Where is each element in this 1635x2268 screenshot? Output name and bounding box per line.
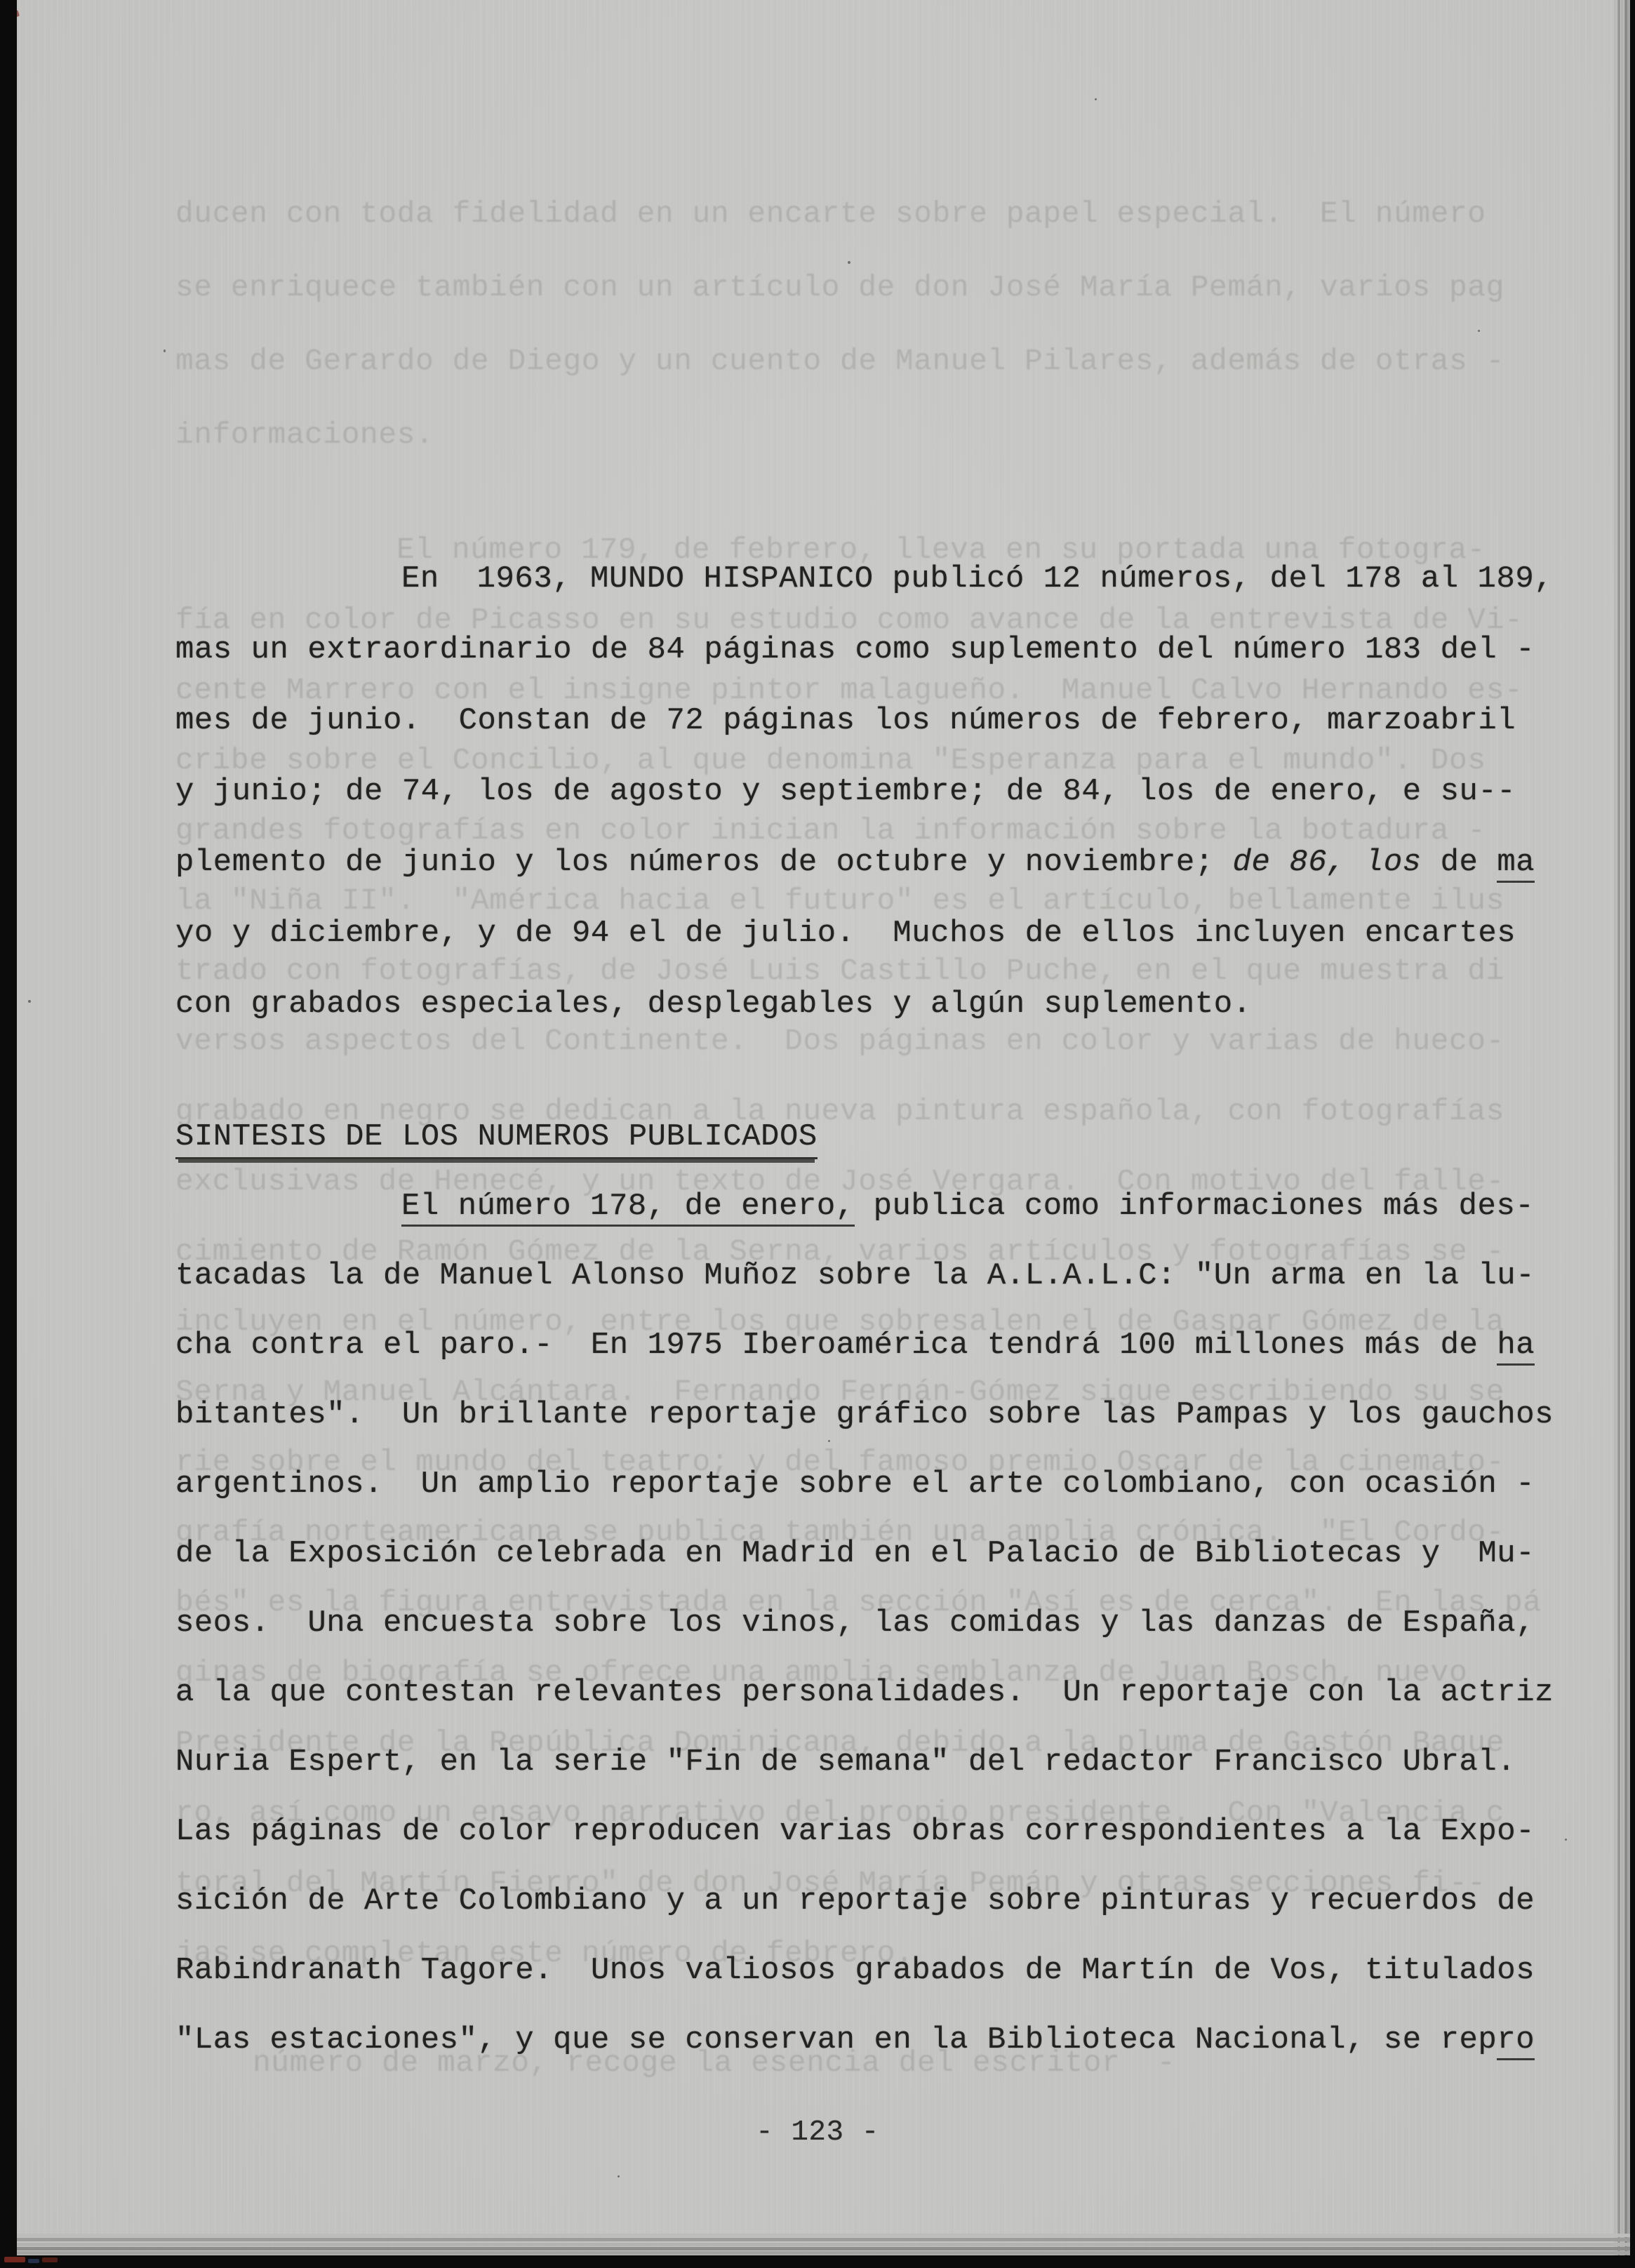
page-edge-line xyxy=(1614,0,1617,2268)
text-segment: ma xyxy=(1497,845,1535,883)
paragraph2-line: de la Exposición celebrada en Madrid en … xyxy=(175,1538,1535,1569)
blue-crayon-mark xyxy=(28,2259,39,2263)
document-page: ducen con toda fidelidad en un encarte s… xyxy=(0,0,1635,2268)
text-segment: El número 178, de enero, xyxy=(401,1189,855,1227)
scan-edge-right xyxy=(1630,0,1635,2268)
text-segment: con grabados especiales, desplegables y … xyxy=(175,987,1252,1022)
ghost-text-line: grandes fotografías en color inician la … xyxy=(175,815,1486,846)
dust-speck xyxy=(618,2175,620,2177)
text-segment: plemento de junio y los números de octub… xyxy=(175,845,1233,880)
text-segment: ha xyxy=(1497,1328,1535,1366)
paragraph1-line: yo y diciembre, y de 94 el de julio. Muc… xyxy=(175,918,1516,949)
dust-speck xyxy=(1478,330,1480,332)
scan-edge-left xyxy=(0,0,17,2268)
paragraph2-line: El número 178, de enero, publica como in… xyxy=(401,1191,1534,1222)
dust-speck xyxy=(28,1000,31,1003)
text-segment: yo y diciembre, y de 94 el de julio. Muc… xyxy=(175,916,1516,951)
text-segment: publica como informaciones más des- xyxy=(855,1189,1535,1224)
text-segment: de la Exposición celebrada en Madrid en … xyxy=(175,1536,1535,1571)
red-crayon-mark xyxy=(42,2257,58,2262)
text-segment: bitantes". Un brillante reportaje gráfic… xyxy=(175,1397,1554,1432)
dust-speck xyxy=(848,261,850,264)
dust-speck xyxy=(828,1440,830,1442)
paragraph2-line: sición de Arte Colombiano y a un reporta… xyxy=(175,1886,1535,1916)
paragraph2-line: tacadas la de Manuel Alonso Muñoz sobre … xyxy=(175,1260,1535,1291)
text-segment: Rabindranath Tagore. Unos valiosos graba… xyxy=(175,1953,1535,1988)
paragraph1-line: mas un extraordinario de 84 páginas como… xyxy=(175,634,1535,665)
red-crayon-mark xyxy=(4,2257,25,2262)
paragraph2-line: "Las estaciones", y que se conservan en … xyxy=(175,2024,1535,2055)
paragraph2-line: seos. Una encuesta sobre los vinos, las … xyxy=(175,1608,1535,1639)
paragraph2-line: a la que contestan relevantes personalid… xyxy=(175,1677,1554,1708)
text-segment: mas un extraordinario de 84 páginas como… xyxy=(175,632,1535,667)
paragraph1-line: En 1963, MUNDO HISPANICO publicó 12 núme… xyxy=(401,563,1553,594)
text-segment: a la que contestan relevantes personalid… xyxy=(175,1675,1554,1710)
text-segment: "Las estaciones", y que se conservan en … xyxy=(175,2022,1497,2057)
paragraph2-line: Las páginas de color reproducen varias o… xyxy=(175,1816,1535,1847)
page-edge-line xyxy=(17,2243,1635,2246)
paragraph2-line: argentinos. Un amplio reportaje sobre el… xyxy=(175,1469,1535,1500)
paragraph1-line: y junio; de 74, los de agosto y septiemb… xyxy=(175,776,1516,807)
text-segment: argentinos. Un amplio reportaje sobre el… xyxy=(175,1467,1535,1502)
paragraph2-line: cha contra el paro.- En 1975 Iberoaméric… xyxy=(175,1330,1535,1361)
paragraph2-line: bitantes". Un brillante reportaje gráfic… xyxy=(175,1399,1554,1430)
page-edge-line xyxy=(17,2234,1635,2237)
ghost-text-line: ducen con toda fidelidad en un encarte s… xyxy=(175,199,1486,229)
ghost-text-line: cente Marrero con el insigne pintor mala… xyxy=(175,675,1523,705)
dust-speck xyxy=(163,349,166,352)
paragraph1-line: con grabados especiales, desplegables y … xyxy=(175,989,1252,1020)
text-segment: ro xyxy=(1497,2022,1535,2060)
text-segment: de 86, los xyxy=(1233,845,1422,880)
scan-edge-bottom xyxy=(0,2255,1635,2268)
text-segment: Nuria Espert, en la serie "Fin de semana… xyxy=(175,1745,1516,1780)
ghost-text-line: cribe sobre el Concilio, al que denomina… xyxy=(175,745,1486,775)
text-segment: tacadas la de Manuel Alonso Muñoz sobre … xyxy=(175,1258,1535,1293)
dust-speck xyxy=(1220,786,1222,788)
paragraph2-line: Rabindranath Tagore. Unos valiosos graba… xyxy=(175,1955,1535,1986)
paragraph1-line: mes de junio. Constan de 72 páginas los … xyxy=(175,705,1516,736)
text-segment: de xyxy=(1422,845,1497,880)
paragraph2-line: Nuria Espert, en la serie "Fin de semana… xyxy=(175,1747,1516,1777)
dust-speck xyxy=(1095,98,1097,100)
ghost-text-line: El número 179, de febrero, lleva en su p… xyxy=(396,535,1486,565)
ghost-text-line: versos aspectos del Continente. Dos pági… xyxy=(175,1026,1504,1056)
text-segment: mes de junio. Constan de 72 páginas los … xyxy=(175,703,1516,738)
text-segment: Las páginas de color reproducen varias o… xyxy=(175,1814,1535,1849)
text-segment: sición de Arte Colombiano y a un reporta… xyxy=(175,1883,1535,1919)
text-segment: En 1963, MUNDO HISPANICO publicó 12 núme… xyxy=(401,561,1553,596)
ghost-text-line: fía en color de Picasso en su estudio co… xyxy=(175,605,1523,635)
dust-speck xyxy=(1565,1839,1567,1841)
page-edge-line xyxy=(17,2238,1635,2241)
ghost-text-line: trado con fotografías, de José Luis Cast… xyxy=(175,956,1504,986)
page-number: - 123 - xyxy=(0,2116,1635,2149)
ghost-text-line: se enriquece también con un artículo de … xyxy=(175,272,1504,302)
text-segment: y junio; de 74, los de agosto y septiemb… xyxy=(175,774,1516,809)
text-segment: cha contra el paro.- En 1975 Iberoaméric… xyxy=(175,1328,1497,1363)
page-edge-line xyxy=(17,2247,1635,2250)
ghost-text-line: mas de Gerardo de Diego y un cuento de M… xyxy=(175,346,1504,376)
page-edge-line xyxy=(1617,0,1620,2268)
ghost-text-line: informaciones. xyxy=(175,420,434,450)
text-segment: seos. Una encuesta sobre los vinos, las … xyxy=(175,1606,1535,1641)
paragraph1-line: plemento de junio y los números de octub… xyxy=(175,847,1535,878)
section-heading: SINTESIS DE LOS NUMEROS PUBLICADOS xyxy=(175,1121,817,1152)
ghost-text-line: la "Niña II". "América hacia el futuro" … xyxy=(175,886,1504,916)
section-heading-text: SINTESIS DE LOS NUMEROS PUBLICADOS xyxy=(175,1119,817,1159)
page-edge-line xyxy=(1621,0,1624,2268)
page-edge-line xyxy=(17,2251,1635,2255)
